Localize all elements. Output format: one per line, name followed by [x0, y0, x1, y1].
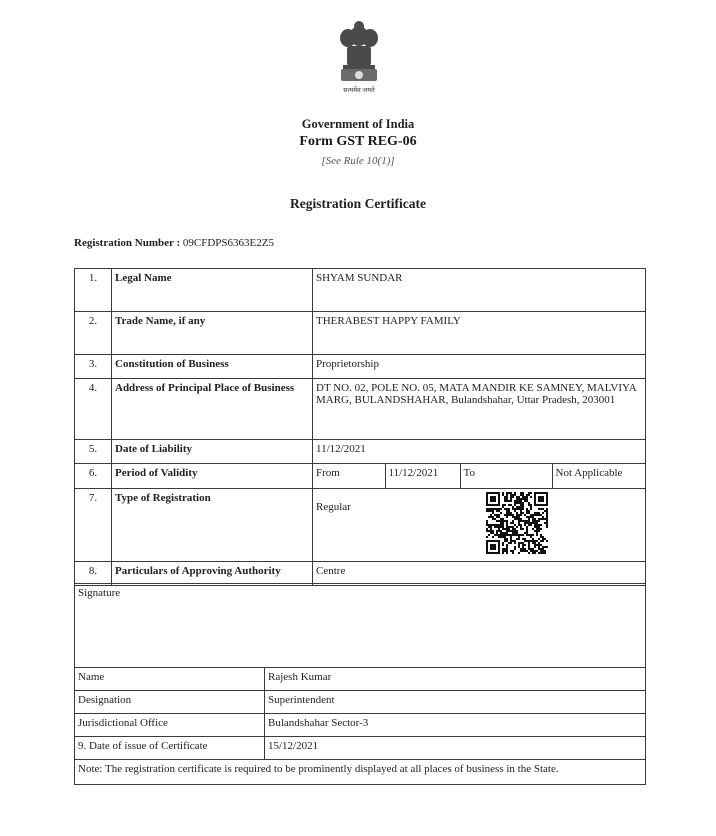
row-label: Date of Liability	[112, 440, 313, 464]
certificate-title: Registration Certificate	[0, 196, 716, 212]
registration-type-cell: Regular	[313, 489, 646, 562]
designation-value: Superintendent	[265, 691, 646, 714]
table-row: 5. Date of Liability 11/12/2021	[75, 440, 646, 464]
row-label: Trade Name, if any	[112, 312, 313, 355]
table-row: 3. Constitution of Business Proprietorsh…	[75, 355, 646, 379]
table-row: 1. Legal Name SHYAM SUNDAR	[75, 269, 646, 312]
legal-name-value: SHYAM SUNDAR	[313, 269, 646, 312]
table-row: 4. Address of Principal Place of Busines…	[75, 379, 646, 440]
designation-label: Designation	[75, 691, 265, 714]
row-number: 2.	[75, 312, 112, 355]
issue-date-label: 9. Date of issue of Certificate	[75, 737, 265, 760]
signature-row: Signature	[75, 584, 646, 668]
row-label: Legal Name	[112, 269, 313, 312]
registration-type-value: Regular	[316, 501, 351, 513]
row-number: 6.	[75, 464, 112, 489]
table-row: 6. Period of Validity From 11/12/2021 To…	[75, 464, 646, 489]
row-label: Particulars of Approving Authority	[112, 562, 313, 586]
form-title: Form GST REG-06	[0, 134, 716, 150]
validity-to-value: Not Applicable	[552, 464, 645, 488]
signature-label: Signature	[75, 584, 646, 668]
table-row: 9. Date of issue of Certificate 15/12/20…	[75, 737, 646, 760]
liability-date-value: 11/12/2021	[313, 440, 646, 464]
row-label: Type of Registration	[112, 489, 313, 562]
note-text: Note: The registration certificate is re…	[75, 760, 646, 785]
name-label: Name	[75, 668, 265, 691]
svg-text:सत्यमेव जयते: सत्यमेव जयते	[343, 86, 375, 94]
government-heading: Government of India	[0, 117, 716, 132]
validity-from-value: 11/12/2021	[385, 464, 460, 488]
table-row: Name Rajesh Kumar	[75, 668, 646, 691]
row-number: 1.	[75, 269, 112, 312]
table-row: 7. Type of Registration Regular	[75, 489, 646, 562]
approving-authority-value: Centre	[313, 562, 646, 586]
row-number: 8.	[75, 562, 112, 586]
name-value: Rajesh Kumar	[265, 668, 646, 691]
registration-number-label: Registration Number :	[74, 237, 180, 249]
qr-code-icon	[486, 492, 548, 557]
row-label: Address of Principal Place of Business	[112, 379, 313, 440]
address-value: DT NO. 02, POLE NO. 05, MATA MANDIR KE S…	[313, 379, 646, 440]
trade-name-value: THERABEST HAPPY FAMILY	[313, 312, 646, 355]
registration-number-value: 09CFDPS6363E2Z5	[183, 237, 274, 249]
table-row: 2. Trade Name, if any THERABEST HAPPY FA…	[75, 312, 646, 355]
details-table: 1. Legal Name SHYAM SUNDAR 2. Trade Name…	[74, 268, 646, 586]
authority-table: Signature Name Rajesh Kumar Designation …	[74, 583, 646, 785]
national-emblem-icon: सत्यमेव जयते	[330, 18, 388, 96]
rule-reference: [See Rule 10(1)]	[0, 155, 716, 167]
table-row: Jurisdictional Office Bulandshahar Secto…	[75, 714, 646, 737]
table-row: Designation Superintendent	[75, 691, 646, 714]
issue-date-value: 15/12/2021	[265, 737, 646, 760]
row-number: 4.	[75, 379, 112, 440]
table-row: 8. Particulars of Approving Authority Ce…	[75, 562, 646, 586]
registration-number: Registration Number : 09CFDPS6363E2Z5	[74, 237, 274, 249]
row-label: Constitution of Business	[112, 355, 313, 379]
row-number: 3.	[75, 355, 112, 379]
row-number: 7.	[75, 489, 112, 562]
validity-from-label: From	[313, 464, 385, 488]
row-label: Period of Validity	[112, 464, 313, 489]
validity-to-label: To	[460, 464, 552, 488]
row-number: 5.	[75, 440, 112, 464]
validity-cell: From 11/12/2021 To Not Applicable	[313, 464, 646, 489]
jurisdiction-value: Bulandshahar Sector-3	[265, 714, 646, 737]
jurisdiction-label: Jurisdictional Office	[75, 714, 265, 737]
constitution-value: Proprietorship	[313, 355, 646, 379]
note-row: Note: The registration certificate is re…	[75, 760, 646, 785]
